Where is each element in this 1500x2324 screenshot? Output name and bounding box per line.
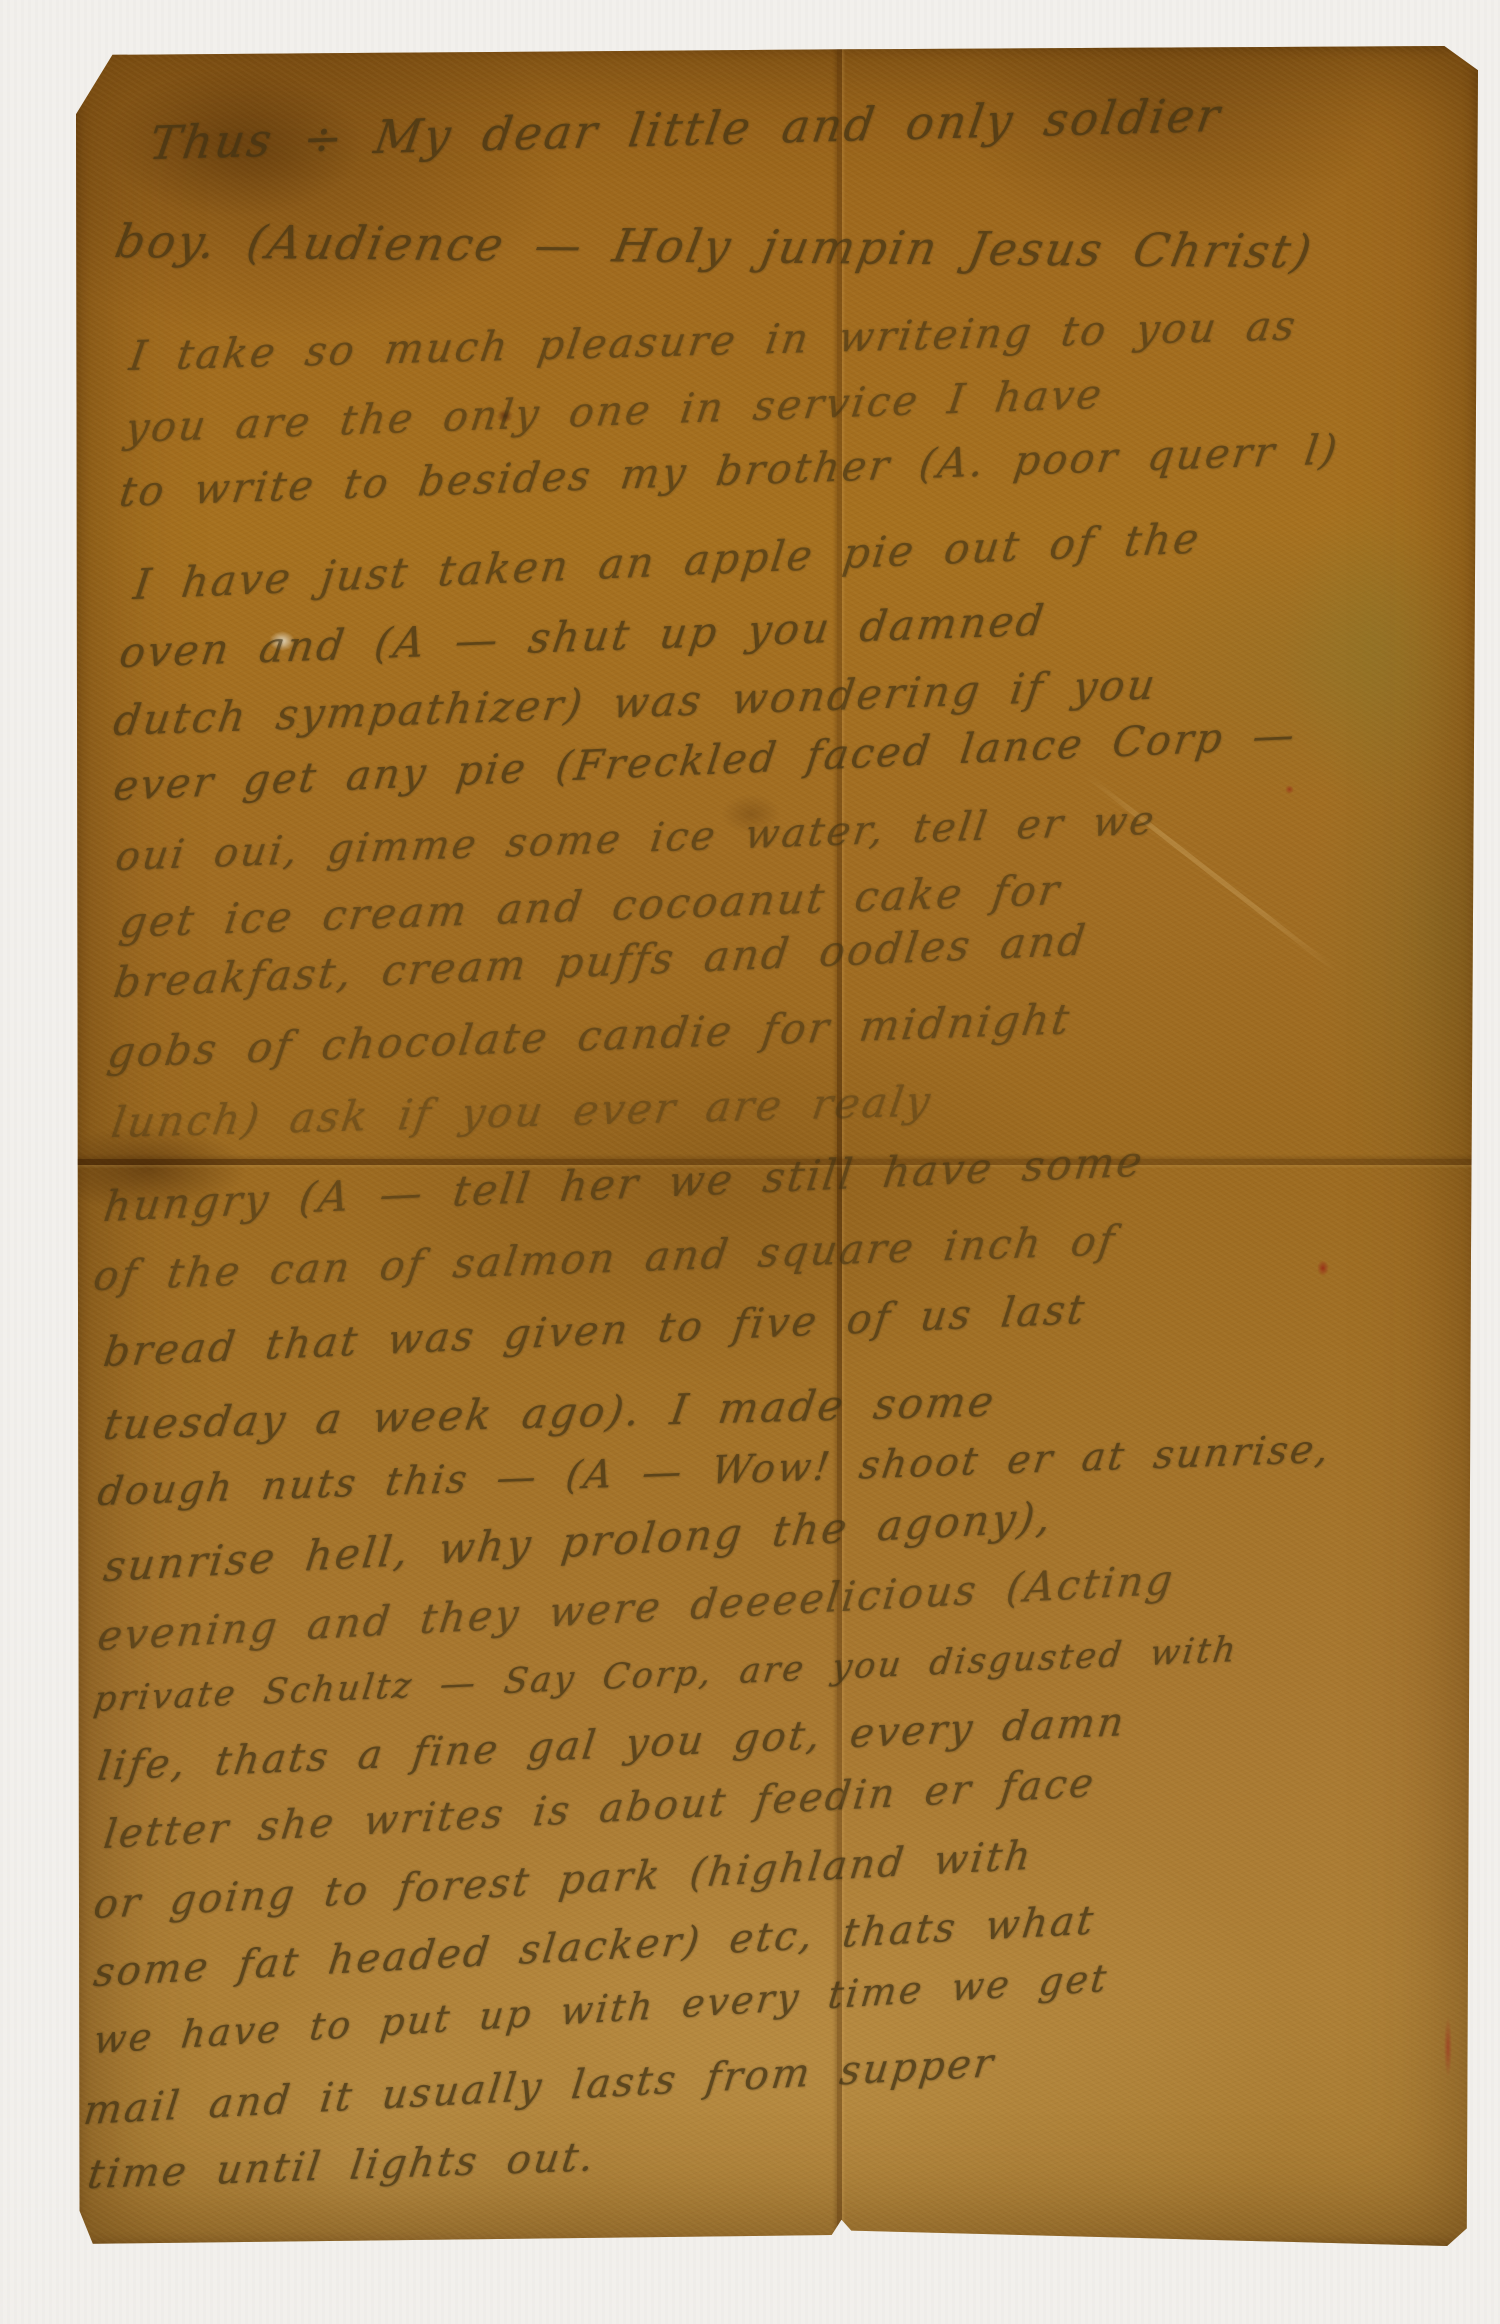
handwriting-line: gobs of chocolate candie for midnight — [105, 994, 1075, 1077]
handwriting-text-block: Thus ÷ My dear little and only soldierbo… — [76, 46, 1478, 2246]
handwriting-line: of the can of salmon and square inch of — [91, 1216, 1120, 1300]
handwriting-line: time until lights out. — [85, 2134, 599, 2198]
handwriting-line: hungry (A — tell her we still have some — [101, 1136, 1148, 1231]
handwriting-line: lunch) ask if you ever are realy — [108, 1076, 935, 1147]
letter-paper: Thus ÷ My dear little and only soldierbo… — [76, 46, 1478, 2246]
handwriting-line: bread that was given to five of us last — [101, 1285, 1090, 1376]
handwriting-line: Thus ÷ My dear little and only soldier — [146, 88, 1226, 170]
handwriting-line: boy. (Audience — Holy jumpin Jesus Chris… — [111, 214, 1318, 278]
handwriting-line: tuesday a week ago). I made some — [100, 1377, 999, 1450]
handwriting-line: oven and (A — shut up you damned — [117, 596, 1050, 678]
handwriting-line: I take so much pleasure in writeing to y… — [126, 301, 1300, 380]
